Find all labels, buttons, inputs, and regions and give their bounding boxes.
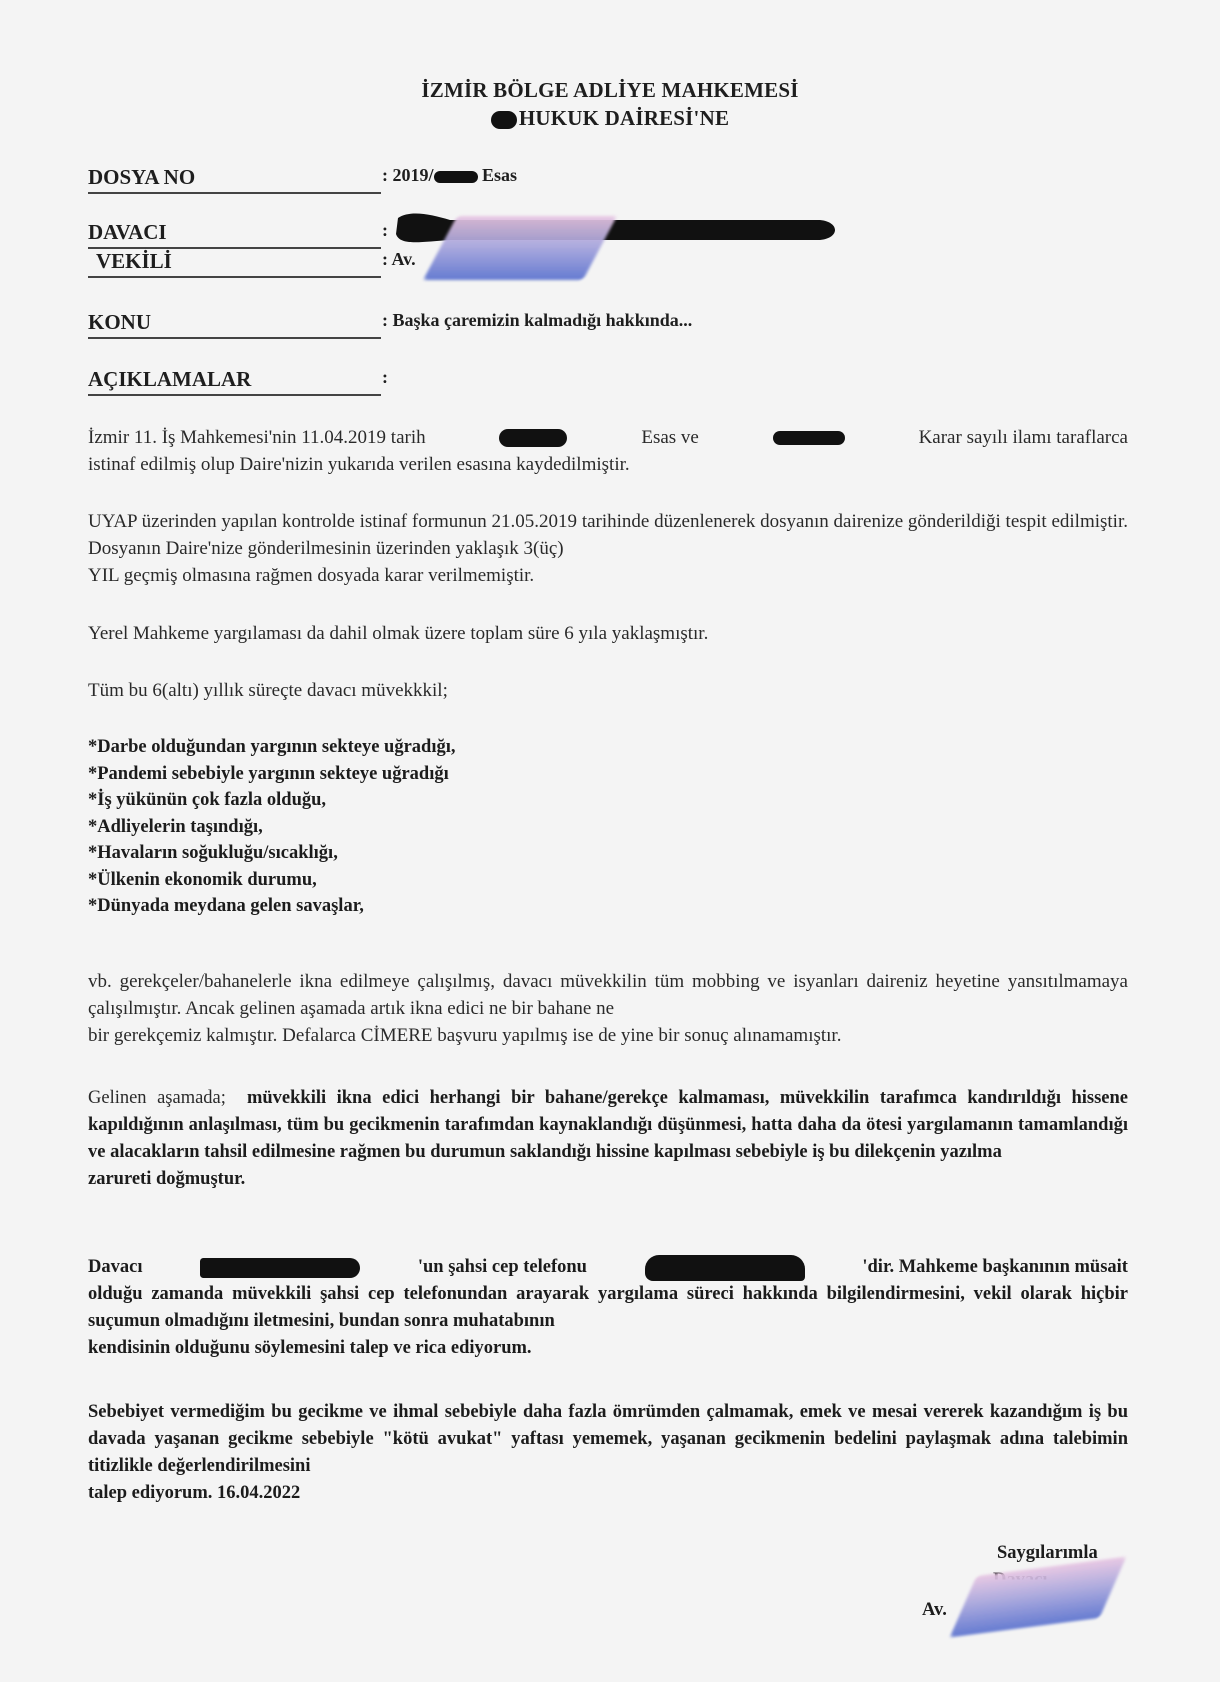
field-label: DAVACI: [88, 220, 381, 249]
petition-document: İZMİR BÖLGE ADLİYE MAHKEMESİ HUKUK DAİRE…: [0, 0, 1220, 1682]
signature-closing: Saygılarımla: [997, 1543, 1098, 1564]
list-item: *Ülkenin ekonomik durumu,: [88, 867, 456, 894]
redaction-plaintiff-name-2: [200, 1258, 360, 1278]
court-title: İZMİR BÖLGE ADLİYE MAHKEMESİ: [0, 78, 1220, 103]
list-item: *Dünyada meydana gelen savaşlar,: [88, 893, 456, 920]
excuses-list: *Darbe olduğundan yargının sekteye uğrad…: [88, 734, 456, 920]
paragraph-appeal-info: İzmir 11. İş Mahkemesi'nin 11.04.2019 ta…: [88, 424, 1128, 478]
list-item: *Adliyelerin taşındığı,: [88, 814, 456, 841]
field-label: AÇIKLAMALAR: [88, 367, 381, 396]
blurred-signature-name: [950, 1557, 1127, 1638]
field-aciklamalar: AÇIKLAMALAR :: [88, 367, 1128, 397]
field-value: :: [382, 220, 388, 241]
field-value: : Av.: [382, 249, 416, 270]
field-label: DOSYA NO: [88, 165, 381, 194]
redaction-esas-number: [499, 429, 567, 447]
redaction-phone-number: [645, 1255, 805, 1281]
paragraph-process-intro: Tüm bu 6(altı) yıllık süreçte davacı müv…: [88, 677, 1128, 704]
redaction-chamber-number: [491, 111, 517, 129]
signature-name: Av.: [922, 1600, 947, 1621]
list-item: *Darbe olduğundan yargının sekteye uğrad…: [88, 734, 456, 761]
list-item: *Havaların soğukluğu/sıcaklığı,: [88, 840, 456, 867]
field-value: : Başka çaremizin kalmadığı hakkında...: [382, 310, 692, 331]
paragraph-total-duration: Yerel Mahkeme yargılaması da dahil olmak…: [88, 620, 1128, 647]
paragraph-phone-request: Davacı 'un şahsi cep telefonu 'dir. Mahk…: [88, 1254, 1128, 1362]
chamber-title: HUKUK DAİRESİ'NE: [0, 106, 1220, 131]
field-konu: KONU : Başka çaremizin kalmadığı hakkınd…: [88, 310, 1128, 340]
paragraph-current-stage: Gelinen aşamada; müvekkili ikna edici he…: [88, 1085, 1128, 1193]
list-item: *Pandemi sebebiyle yargının sekteye uğra…: [88, 761, 456, 788]
field-vekili: VEKİLİ : Av.: [88, 249, 1128, 279]
list-item: *İş yükünün çok fazla olduğu,: [88, 787, 456, 814]
field-dosya-no: DOSYA NO : 2019/ Esas: [88, 165, 1128, 195]
blurred-attorney-name: [423, 216, 617, 280]
field-label: KONU: [88, 310, 381, 339]
field-label: VEKİLİ: [88, 249, 381, 278]
paragraph-excuses: vb. gerekçeler/bahanelerle ikna edilmeye…: [88, 968, 1128, 1049]
paragraph-uyap-check: UYAP üzerinden yapılan kontrolde istinaf…: [88, 508, 1128, 589]
paragraph-final-request: Sebebiyet vermediğim bu gecikme ve ihmal…: [88, 1399, 1128, 1507]
field-value: : 2019/ Esas: [382, 165, 517, 186]
redaction-karar-number: [773, 431, 845, 445]
redaction-case-number: [434, 171, 478, 183]
field-value: :: [382, 367, 388, 388]
